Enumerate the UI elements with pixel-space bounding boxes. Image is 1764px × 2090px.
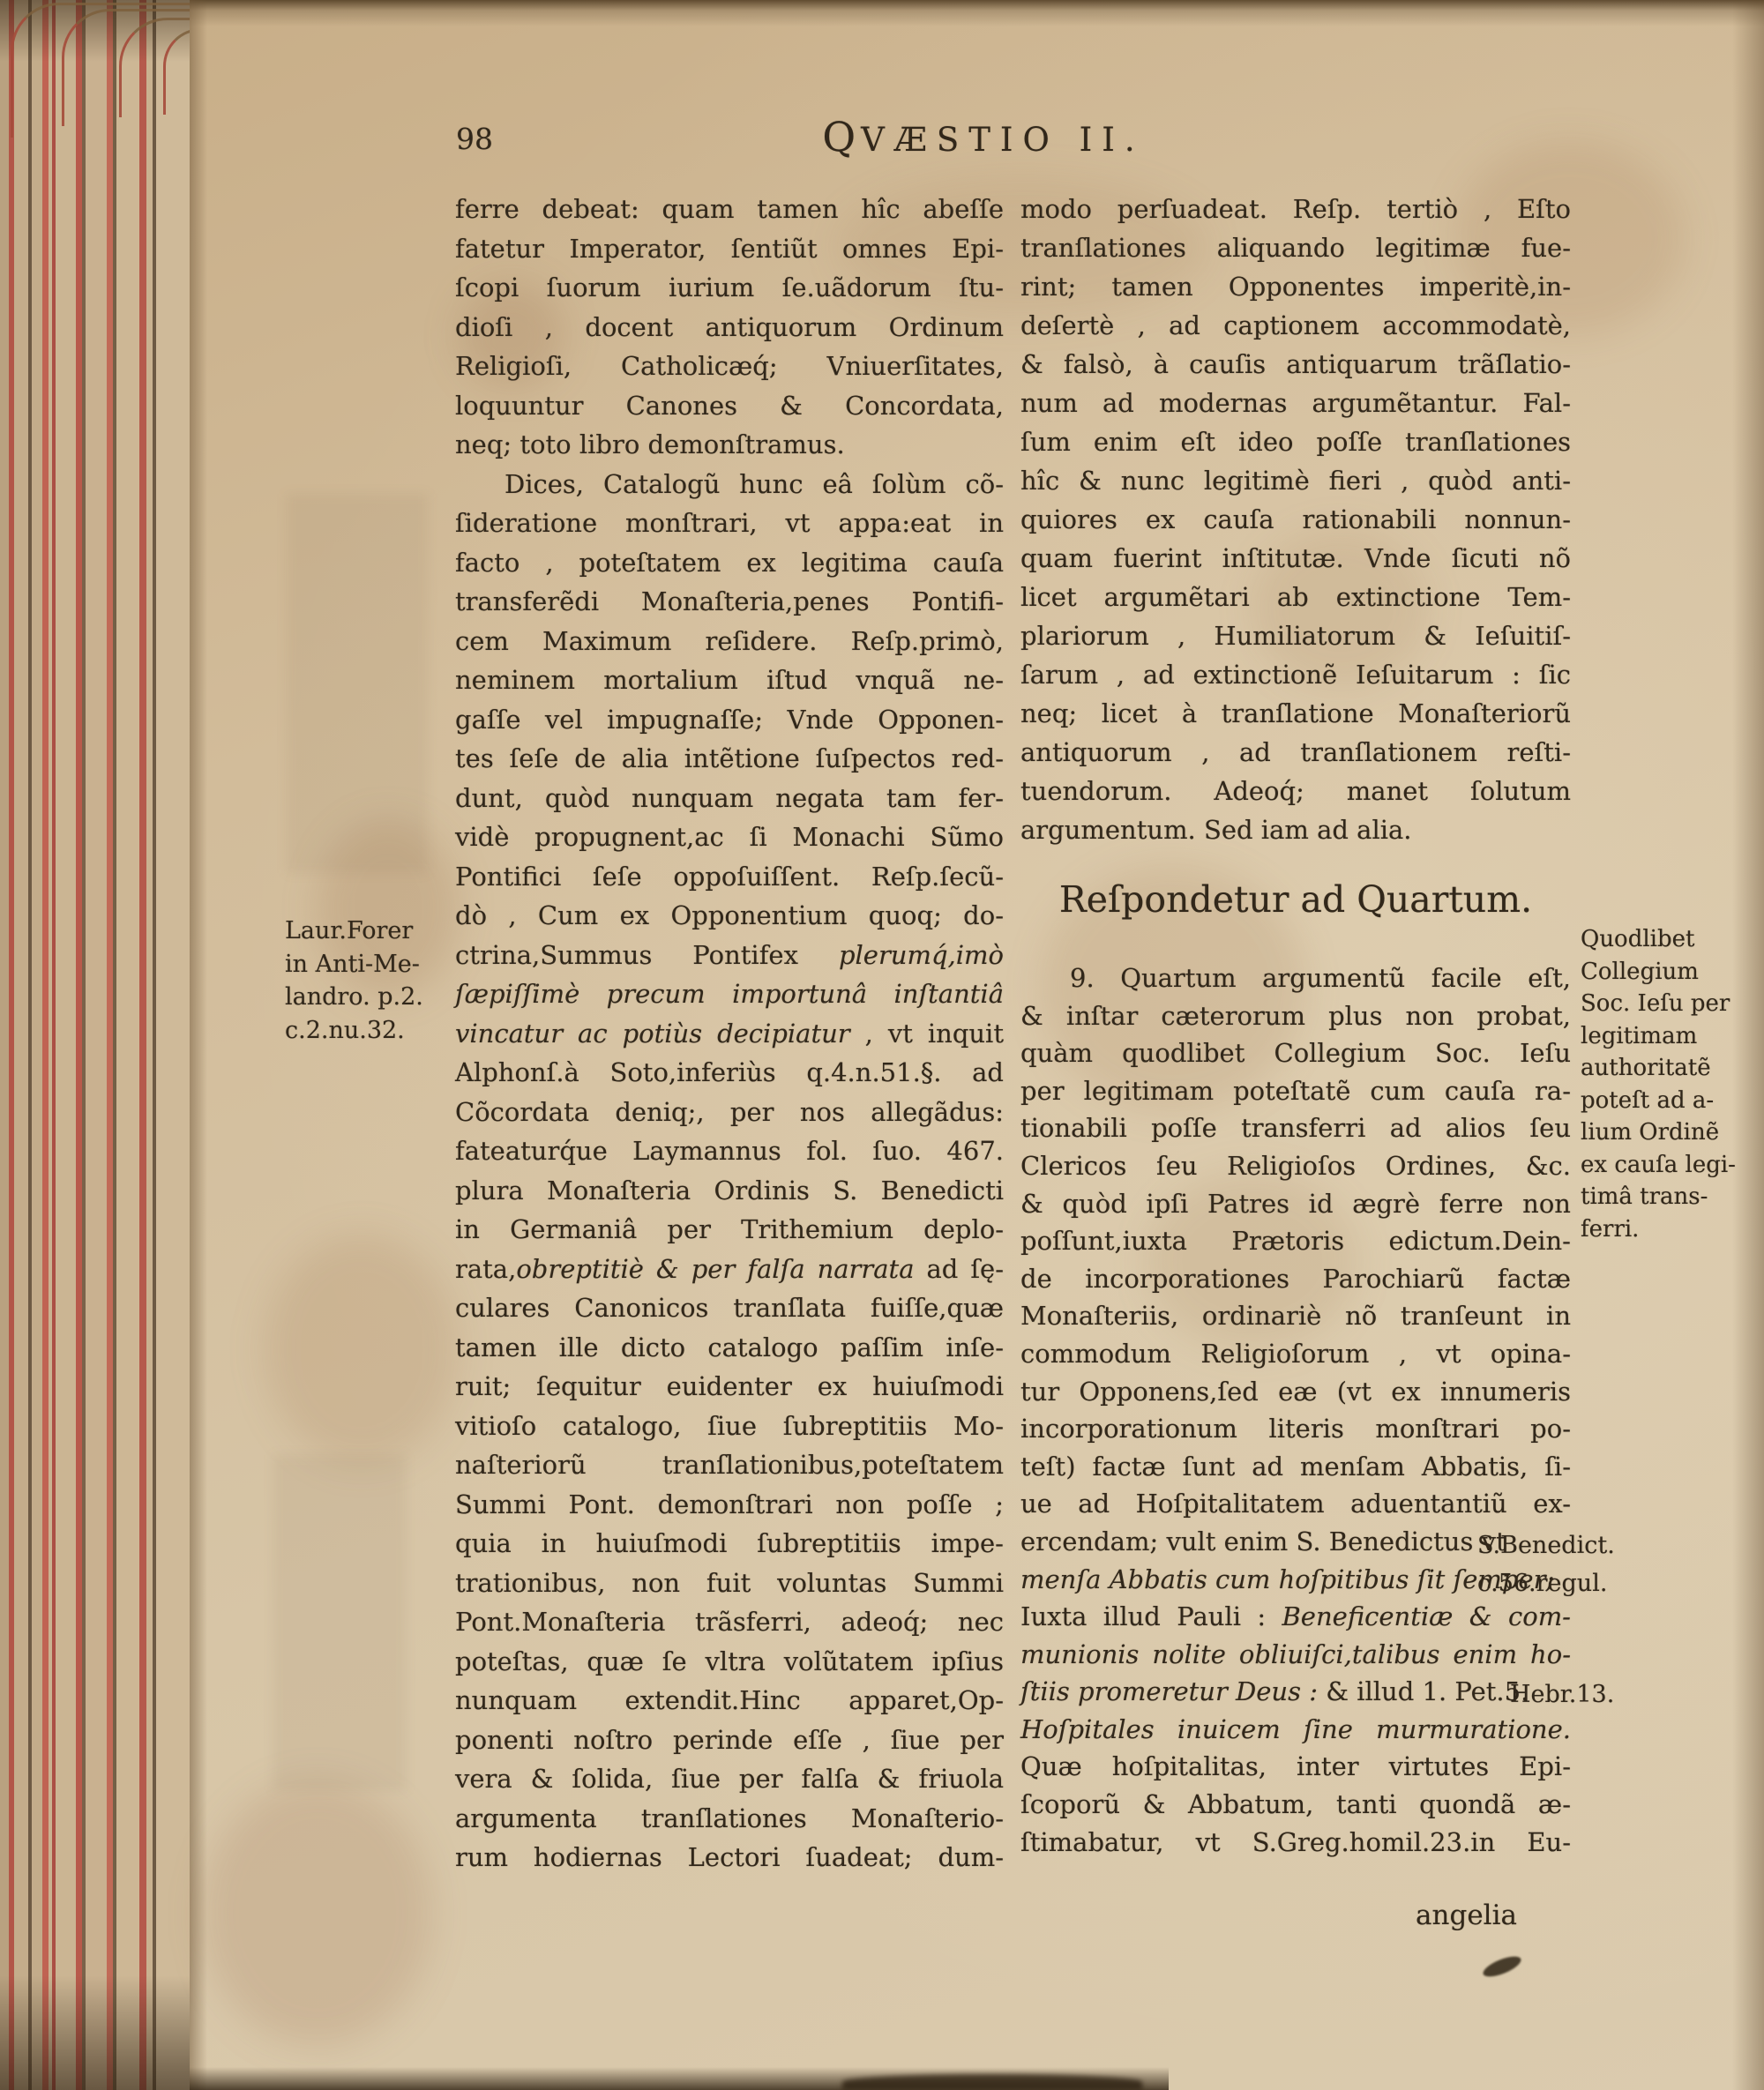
page-gutter-seam <box>190 0 207 2090</box>
catchword: angelia <box>1020 1900 1517 1931</box>
margin-note-hebrews: Hebr.13. <box>1510 1681 1764 1708</box>
page-surface: 98 QVÆSTIO II. ferre debeat: quam tamen … <box>190 0 1764 2090</box>
ink-blot <box>1481 1952 1524 1981</box>
section-heading: Reſpondetur ad Quartum. <box>1020 878 1571 921</box>
paper-stain <box>203 1781 432 2046</box>
margin-note-quartum: QuodlibetCollegiumSoc. Ieſu perlegitimam… <box>1581 926 1761 1248</box>
paper-stain <box>265 1235 459 1464</box>
right-column-top: modo perſuadeat. Reſp. tertiò , Eſtotran… <box>1020 194 1571 854</box>
book-fore-edge-stack <box>0 0 190 2090</box>
right-column-bottom: 9. Quartum argumentũ facile eſt,& inſtar… <box>1020 963 1571 1864</box>
margin-note-forer: Laur.Forerin Anti-Me-landro. p.2.c.2.nu.… <box>285 917 452 1049</box>
book-scan: { "page": { "number": "98", "running_hea… <box>0 0 1764 2090</box>
bottom-page-edge-shadow <box>842 2074 1142 2090</box>
margin-note-benedict: S.Benedict.c.56.regul. <box>1477 1532 1751 1607</box>
left-column: ferre debeat: quam tamen hîc abeſſefatet… <box>455 194 1004 1882</box>
page-top-shadow <box>190 0 1764 26</box>
ink-showthrough <box>273 1455 406 1790</box>
ink-showthrough <box>287 494 428 873</box>
running-header: QVÆSTIO II. <box>428 113 1539 160</box>
